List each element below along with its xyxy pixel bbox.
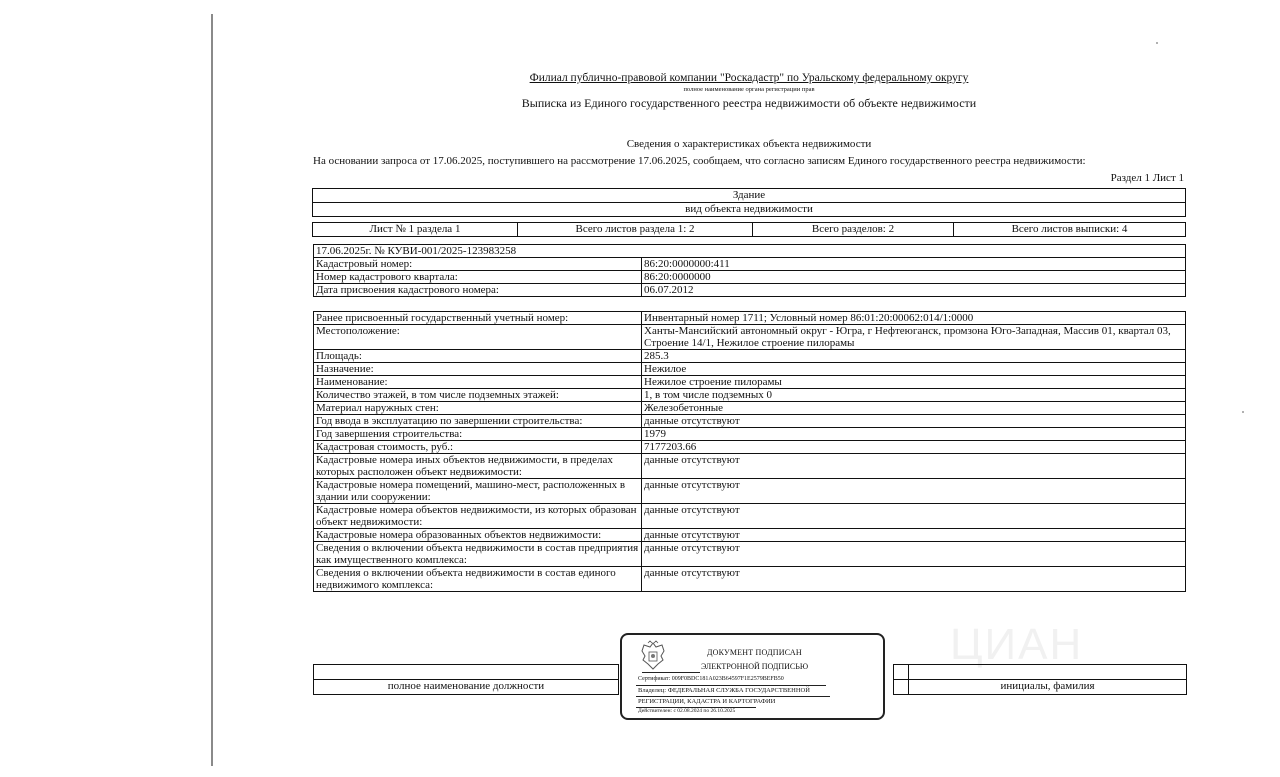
scan-speck (1156, 42, 1158, 44)
row-label: Номер кадастрового квартала: (314, 271, 642, 284)
stamp-certificate: Сертификат: 009F0BDC181A023B64597F1E2579… (638, 676, 784, 682)
sections-total: Всего разделов: 2 (753, 223, 954, 237)
row-label: Назначение: (314, 363, 642, 376)
row-value: 7177203.66 (642, 441, 1186, 454)
table-row: Дата присвоения кадастрового номера: 06.… (314, 284, 1186, 297)
table-row: Материал наружных стен:Железобетонные (314, 402, 1186, 415)
stamp-signed-line1: ДОКУМЕНТ ПОДПИСАН (707, 648, 802, 657)
name-field (909, 665, 1187, 680)
row-label: Кадастровые номера иных объектов недвижи… (314, 454, 642, 479)
razdel-label: Раздел 1 Лист 1 (1111, 172, 1184, 184)
table-row: Год ввода в эксплуатацию по завершении с… (314, 415, 1186, 428)
cadastral-details-table: Ранее присвоенный государственный учетны… (313, 311, 1186, 592)
row-value: 86:20:0000000 (642, 271, 1186, 284)
extract-sheets-total: Всего листов выписки: 4 (954, 223, 1186, 237)
table-row: Кадастровые номера объектов недвижимости… (314, 504, 1186, 529)
row-label: Кадастровая стоимость, руб.: (314, 441, 642, 454)
page-margin-line (211, 14, 213, 766)
table-row: Сведения о включении объекта недвижимост… (314, 542, 1186, 567)
sig-spacer (894, 665, 909, 680)
row-value: 1, в том числе подземных 0 (642, 389, 1186, 402)
row-value: данные отсутствуют (642, 542, 1186, 567)
coat-of-arms-icon (638, 640, 668, 672)
sheet-number: Лист № 1 раздела 1 (313, 223, 518, 237)
table-row: Номер кадастрового квартала: 86:20:00000… (314, 271, 1186, 284)
row-value: 86:20:0000000:411 (642, 258, 1186, 271)
stamp-rule (636, 696, 830, 697)
scan-speck (1242, 411, 1244, 413)
row-label: Кадастровые номера образованных объектов… (314, 529, 642, 542)
row-value: данные отсутствуют (642, 415, 1186, 428)
row-value: 06.07.2012 (642, 284, 1186, 297)
organization-name: Филиал публично-правовой компании "Роска… (312, 72, 1186, 84)
section-title: Сведения о характеристиках объекта недви… (312, 138, 1186, 150)
stamp-owner-line2: РЕГИСТРАЦИИ, КАДАСТРА И КАРТОГРАФИИ (638, 698, 775, 705)
table-row: Местоположение:Ханты-Мансийский автономн… (314, 325, 1186, 350)
row-label: Дата присвоения кадастрового номера: (314, 284, 642, 297)
document-title: Выписка из Единого государственного реес… (312, 96, 1186, 111)
name-caption: инициалы, фамилия (909, 680, 1187, 695)
table-row: Год завершения строительства:1979 (314, 428, 1186, 441)
sheets-table: Лист № 1 раздела 1 Всего листов раздела … (312, 222, 1186, 237)
row-value: 285.3 (642, 350, 1186, 363)
row-label: Кадастровый номер: (314, 258, 642, 271)
row-value: Нежилое строение пилорамы (642, 376, 1186, 389)
table-row: Назначение:Нежилое (314, 363, 1186, 376)
row-label: Наименование: (314, 376, 642, 389)
object-type-table: Здание вид объекта недвижимости (312, 188, 1186, 217)
watermark: ЦИАН (950, 620, 1083, 670)
cadastral-main-table: 17.06.2025г. № КУВИ-001/2025-123983258 К… (313, 244, 1186, 297)
row-value: данные отсутствуют (642, 479, 1186, 504)
electronic-signature-stamp: ДОКУМЕНТ ПОДПИСАН ЭЛЕКТРОННОЙ ПОДПИСЬЮ С… (620, 633, 885, 720)
intro-text: На основании запроса от 17.06.2025, пост… (313, 155, 1086, 167)
position-caption: полное наименование должности (314, 680, 619, 695)
table-row: Кадастровые номера помещений, машино-мес… (314, 479, 1186, 504)
row-value: данные отсутствуют (642, 567, 1186, 592)
table-row: Кадастровые номера образованных объектов… (314, 529, 1186, 542)
row-label: Местоположение: (314, 325, 642, 350)
row-label: Год завершения строительства: (314, 428, 642, 441)
row-value: Железобетонные (642, 402, 1186, 415)
row-label: Площадь: (314, 350, 642, 363)
table-row: Кадастровый номер: 86:20:0000000:411 (314, 258, 1186, 271)
row-label: Материал наружных стен: (314, 402, 642, 415)
position-field (314, 665, 619, 680)
row-label: Кадастровые номера помещений, машино-мес… (314, 479, 642, 504)
table-row: Площадь:285.3 (314, 350, 1186, 363)
row-label: Сведения о включении объекта недвижимост… (314, 542, 642, 567)
stamp-rule (636, 685, 826, 686)
object-type-caption: вид объекта недвижимости (313, 203, 1186, 217)
stamp-rule (642, 672, 700, 673)
table-row: Ранее присвоенный государственный учетны… (314, 312, 1186, 325)
table-row: Кадастровая стоимость, руб.:7177203.66 (314, 441, 1186, 454)
object-type-value: Здание (313, 189, 1186, 203)
row-label: Год ввода в эксплуатацию по завершении с… (314, 415, 642, 428)
organization-caption: полное наименование органа регистрации п… (312, 86, 1186, 93)
row-label: Ранее присвоенный государственный учетны… (314, 312, 642, 325)
stamp-owner-line1: Владелец: ФЕДЕРАЛЬНАЯ СЛУЖБА ГОСУДАРСТВЕ… (638, 687, 810, 694)
stamp-signed-line2: ЭЛЕКТРОННОЙ ПОДПИСЬЮ (701, 662, 808, 671)
stamp-validity: Действителен: с 02.08.2024 по 26.10.2025 (638, 708, 735, 714)
row-value: Ханты-Мансийский автономный округ - Югра… (642, 325, 1186, 350)
row-value: данные отсутствуют (642, 454, 1186, 479)
row-value: Инвентарный номер 1711; Условный номер 8… (642, 312, 1186, 325)
table-row: Кадастровые номера иных объектов недвижи… (314, 454, 1186, 479)
row-value: данные отсутствуют (642, 529, 1186, 542)
row-value: данные отсутствуют (642, 504, 1186, 529)
table-row: Количество этажей, в том числе подземных… (314, 389, 1186, 402)
sig-spacer (894, 680, 909, 695)
record-id: 17.06.2025г. № КУВИ-001/2025-123983258 (314, 245, 1186, 258)
row-value: 1979 (642, 428, 1186, 441)
table-row: Наименование:Нежилое строение пилорамы (314, 376, 1186, 389)
row-label: Кадастровые номера объектов недвижимости… (314, 504, 642, 529)
table-row: Сведения о включении объекта недвижимост… (314, 567, 1186, 592)
row-value: Нежилое (642, 363, 1186, 376)
row-label: Количество этажей, в том числе подземных… (314, 389, 642, 402)
row-label: Сведения о включении объекта недвижимост… (314, 567, 642, 592)
section-sheets-total: Всего листов раздела 1: 2 (518, 223, 753, 237)
